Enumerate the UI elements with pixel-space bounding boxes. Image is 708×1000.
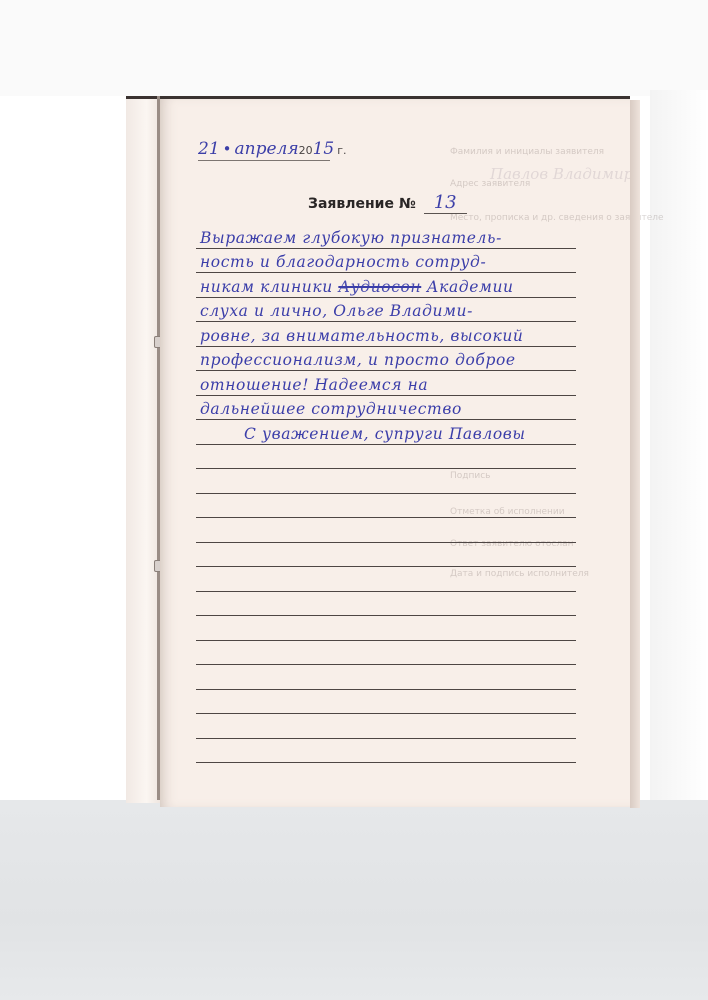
scan-shadow-bottom (0, 800, 708, 1000)
page-stack-edge (630, 100, 640, 808)
text-line: С уважением, супруги Павловы (196, 420, 576, 445)
handwritten-text: Выражаем глубокую признатель- (200, 229, 502, 247)
struck-out-word: Аудиосон (338, 278, 421, 296)
date-day: 21 (198, 139, 220, 159)
blank-line (196, 739, 576, 764)
blank-line (196, 494, 576, 519)
blank-line (196, 592, 576, 617)
handwritten-text: слуха и лично, Ольге Владими- (200, 302, 473, 320)
text-line: дальнейшее сотрудничество (196, 396, 576, 421)
date-underline (198, 160, 330, 161)
text-line: слуха и лично, Ольге Владими- (196, 298, 576, 323)
handwritten-text: профессионализм, и просто доброе (200, 351, 516, 369)
blank-line (196, 714, 576, 739)
blank-line (196, 543, 576, 568)
text-line: Выражаем глубокую признатель- (196, 224, 576, 249)
blank-line (196, 616, 576, 641)
handwritten-words: Выражаем глубокую признатель- (200, 229, 502, 247)
handwritten-words: никам клиники (200, 278, 333, 296)
blank-line (196, 567, 576, 592)
handwritten-text: С уважением, супруги Павловы (244, 425, 526, 443)
handwritten-words: Академии (427, 278, 514, 296)
blank-line (196, 665, 576, 690)
handwritten-text: ность и благодарность сотруд- (200, 253, 486, 271)
statement-title: Заявление № 13 (308, 192, 467, 214)
blank-line (196, 518, 576, 543)
blank-line (196, 690, 576, 715)
bleed-through-handwriting: Павлов Владимир (490, 165, 633, 183)
bleed-through-text: Фамилия и инициалы заявителя (450, 147, 604, 157)
text-line: ность и благодарность сотруд- (196, 249, 576, 274)
handwritten-words: дальнейшее сотрудничество (200, 400, 462, 418)
text-line: никам клиники Аудиосон Академии (196, 273, 576, 298)
date-month: апреля (235, 139, 299, 159)
date-separator: • (223, 140, 232, 158)
scan-background-right (650, 90, 708, 810)
date-century-printed: 20 (299, 144, 313, 157)
handwritten-words: профессионализм, и просто доброе (200, 351, 516, 369)
ruled-text-area: Выражаем глубокую признатель-ность и бла… (196, 224, 576, 763)
handwritten-words: слуха и лично, Ольге Владими- (200, 302, 473, 320)
text-line: профессионализм, и просто доброе (196, 347, 576, 372)
scan-background-top (0, 0, 708, 96)
date-year-suffix: г. (337, 144, 346, 157)
handwritten-words: С уважением, супруги Павловы (244, 425, 526, 443)
date-year: 15 (313, 139, 335, 159)
handwritten-text: ровне, за внимательность, высокий (200, 327, 524, 345)
handwritten-words: ность и благодарность сотруд- (200, 253, 486, 271)
blank-line (196, 469, 576, 494)
handwritten-text: отношение! Надеемся на (200, 376, 428, 394)
handwritten-words: отношение! Надеемся на (200, 376, 428, 394)
text-line: отношение! Надеемся на (196, 371, 576, 396)
previous-page-edge (126, 96, 160, 803)
form-page: Фамилия и инициалы заявителя Адрес заяви… (160, 96, 630, 807)
text-line: ровне, за внимательность, высокий (196, 322, 576, 347)
handwritten-words: ровне, за внимательность, высокий (200, 327, 524, 345)
open-journal: Фамилия и инициалы заявителя Адрес заяви… (126, 96, 640, 804)
statement-title-label: Заявление № (308, 196, 416, 212)
blank-line (196, 641, 576, 666)
handwritten-text: дальнейшее сотрудничество (200, 400, 462, 418)
handwritten-text: никам клиники Аудиосон Академии (200, 278, 514, 296)
blank-line (196, 445, 576, 470)
date-field: 21 • апреля 20 15 г. (198, 139, 347, 161)
statement-number: 13 (424, 192, 467, 214)
